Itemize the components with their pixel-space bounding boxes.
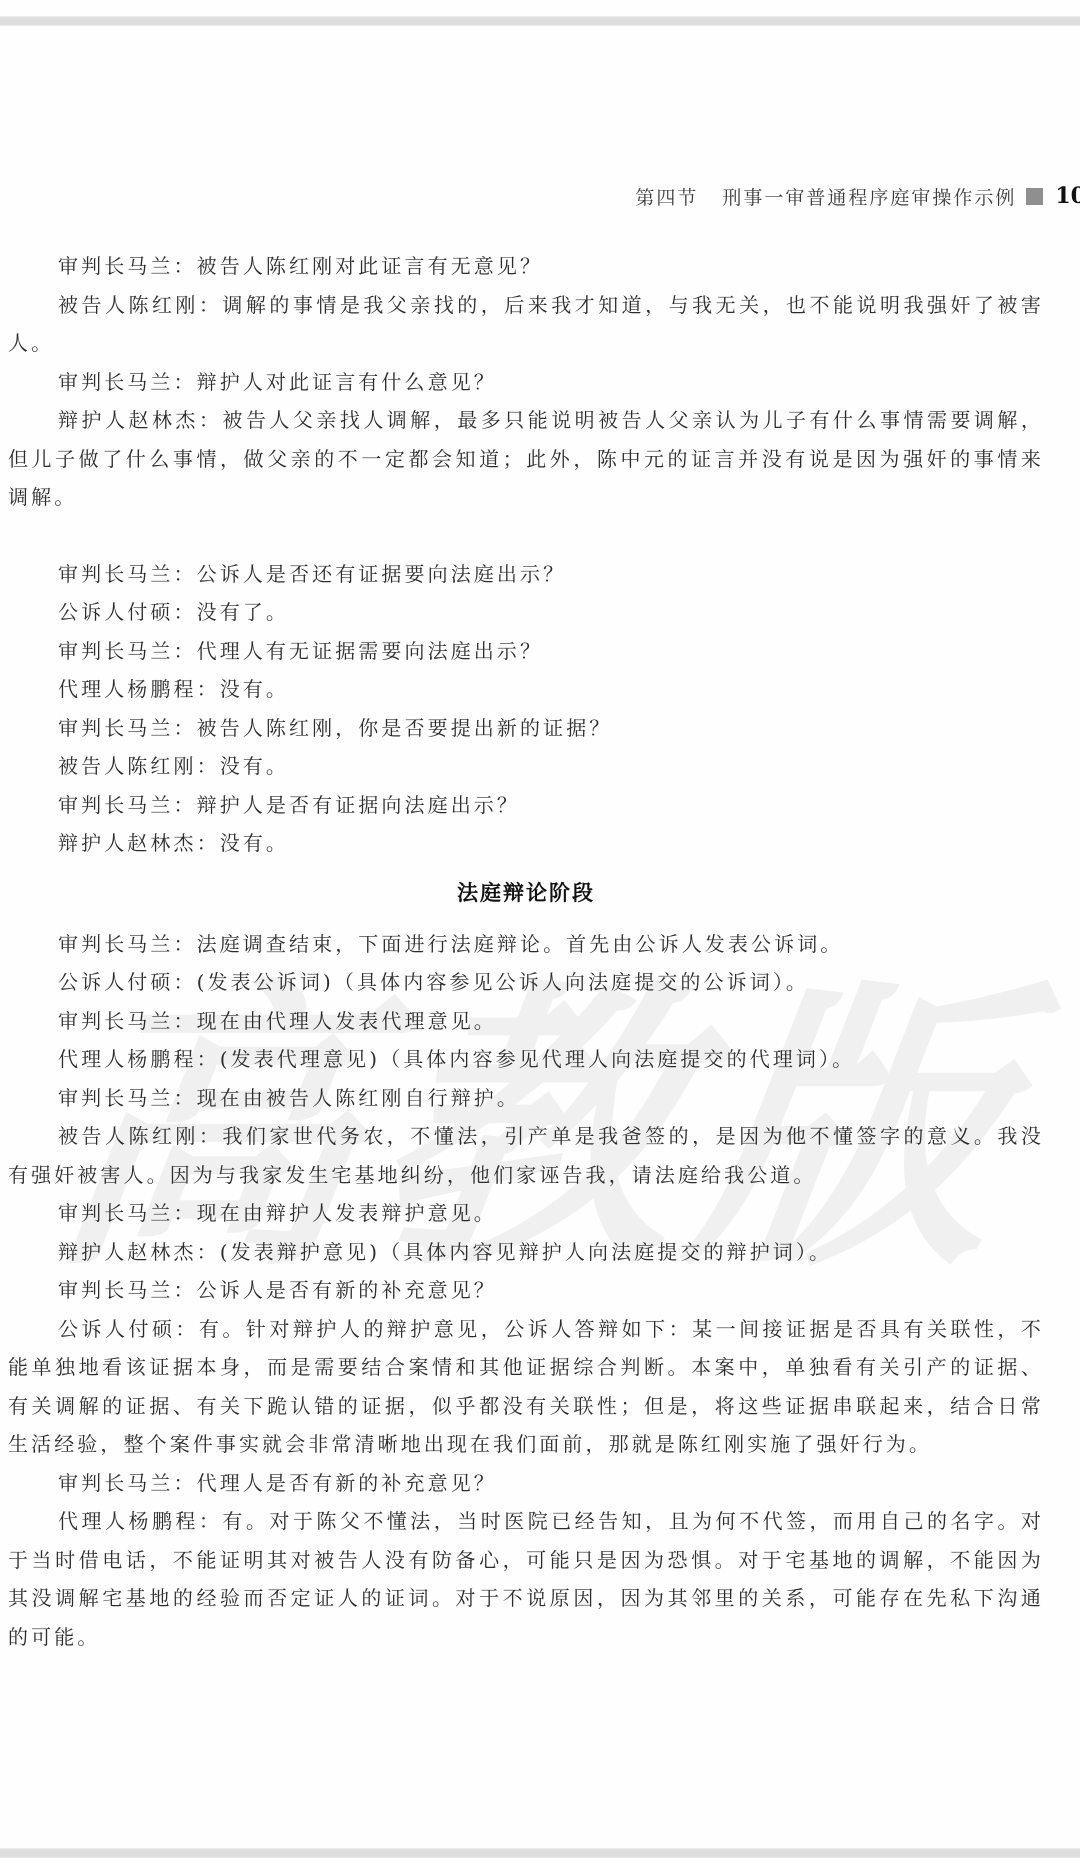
dialogue-line: 被告人陈红刚：调解的事情是我父亲找的，后来我才知道，与我无关，也不能说明我强奸了… <box>8 286 1044 363</box>
dialogue-line: 审判长马兰：被告人陈红刚对此证言有无意见？ <box>8 247 1044 286</box>
dialogue-block-evidence-opinions: 审判长马兰：被告人陈红刚对此证言有无意见？ 被告人陈红刚：调解的事情是我父亲找的… <box>8 247 1044 517</box>
utterance: 辩护人是否有证据向法庭出示？ <box>197 793 520 817</box>
running-header: 第四节 刑事一审普通程序庭审操作示例 10 <box>635 180 1080 212</box>
dialogue-line: 被告人陈红刚：我们家世代务农，不懂法，引产单是我爸签的，是因为他不懂签字的意义。… <box>8 1117 1044 1194</box>
page-number: 10 <box>1055 183 1080 209</box>
speaker: 被告人陈红刚： <box>58 754 220 778</box>
dialogue-line: 审判长马兰：现在由被告人陈红刚自行辩护。 <box>8 1079 1044 1118</box>
dialogue-line: 审判长马兰：现在由辩护人发表辩护意见。 <box>8 1194 1044 1233</box>
speaker: 被告人陈红刚： <box>58 1124 222 1148</box>
speaker: 公诉人付硕： <box>58 600 197 624</box>
dialogue-block-court-debate: 审判长马兰：法庭调查结束，下面进行法庭辩论。首先由公诉人发表公诉词。 公诉人付硕… <box>8 925 1044 1657</box>
utterance: 法庭调查结束，下面进行法庭辩论。首先由公诉人发表公诉词。 <box>197 932 844 956</box>
page-bottom-edge <box>0 1848 1080 1858</box>
dialogue-line: 辩护人赵林杰：没有。 <box>8 824 1044 863</box>
dialogue-line: 公诉人付硕：(发表公诉词)（具体内容参见公诉人向法庭提交的公诉词）。 <box>8 963 1044 1002</box>
speaker: 辩护人赵林杰： <box>58 1240 220 1264</box>
utterance: 被告人陈红刚对此证言有无意见？ <box>197 254 544 278</box>
utterance: 没有。 <box>220 754 289 778</box>
utterance: 没有。 <box>220 831 289 855</box>
dialogue-line: 审判长马兰：代理人有无证据需要向法庭出示？ <box>8 632 1044 671</box>
dialogue-line: 审判长马兰：公诉人是否有新的补充意见？ <box>8 1271 1044 1310</box>
speaker: 代理人杨鹏程： <box>58 1047 220 1071</box>
utterance: 现在由被告人陈红刚自行辩护。 <box>197 1086 520 1110</box>
dialogue-line: 代理人杨鹏程：有。对于陈父不懂法，当时医院已经告知，且为何不代签，而用自己的名字… <box>8 1502 1044 1656</box>
section-heading: 法庭辩论阶段 <box>8 873 1044 913</box>
utterance: 代理人是否有新的补充意见？ <box>197 1471 497 1495</box>
utterance: 被告人陈红刚，你是否要提出新的证据？ <box>197 716 613 740</box>
dialogue-line: 审判长马兰：法庭调查结束，下面进行法庭辩论。首先由公诉人发表公诉词。 <box>8 925 1044 964</box>
speaker: 审判长马兰： <box>58 370 197 394</box>
speaker: 审判长马兰： <box>58 1086 197 1110</box>
dialogue-line: 公诉人付硕：有。针对辩护人的辩护意见，公诉人答辩如下：某一间接证据是否具有关联性… <box>8 1310 1044 1464</box>
header-chapter-title: 刑事一审普通程序庭审操作示例 <box>722 183 1016 210</box>
dialogue-line: 审判长马兰：公诉人是否还有证据要向法庭出示？ <box>8 555 1044 594</box>
speaker: 辩护人赵林杰： <box>58 831 220 855</box>
dialogue-line: 审判长马兰：辩护人对此证言有什么意见？ <box>8 363 1044 402</box>
dialogue-line: 代理人杨鹏程：(发表代理意见)（具体内容参见代理人向法庭提交的代理词）。 <box>8 1040 1044 1079</box>
dialogue-line: 审判长马兰：现在由代理人发表代理意见。 <box>8 1002 1044 1041</box>
dialogue-line: 审判长马兰：被告人陈红刚，你是否要提出新的证据？ <box>8 709 1044 748</box>
speaker: 辩护人赵林杰： <box>58 408 222 432</box>
speaker: 代理人杨鹏程： <box>58 677 220 701</box>
header-section-number: 第四节 <box>635 183 698 210</box>
utterance: 代理人有无证据需要向法庭出示？ <box>197 639 544 663</box>
dialogue-line: 辩护人赵林杰：(发表辩护意见)（具体内容见辩护人向法庭提交的辩护词）。 <box>8 1233 1044 1272</box>
speaker: 代理人杨鹏程： <box>58 1509 222 1533</box>
speaker: 公诉人付硕： <box>58 970 197 994</box>
dialogue-line: 审判长马兰：辩护人是否有证据向法庭出示？ <box>8 786 1044 825</box>
dialogue-line: 代理人杨鹏程：没有。 <box>8 670 1044 709</box>
utterance: 公诉人是否还有证据要向法庭出示？ <box>197 562 567 586</box>
speaker: 审判长马兰： <box>58 793 197 817</box>
page-top-edge <box>0 16 1080 26</box>
speaker: 审判长马兰： <box>58 639 197 663</box>
utterance: (发表辩护意见)（具体内容见辩护人向法庭提交的辩护词）。 <box>220 1240 832 1264</box>
utterance: 现在由辩护人发表辩护意见。 <box>197 1201 497 1225</box>
utterance: 公诉人是否有新的补充意见？ <box>197 1278 497 1302</box>
utterance: 现在由代理人发表代理意见。 <box>197 1009 497 1033</box>
speaker: 审判长马兰： <box>58 1201 197 1225</box>
utterance: 没有。 <box>220 677 289 701</box>
utterance: 没有了。 <box>197 600 289 624</box>
dialogue-block-new-evidence: 审判长马兰：公诉人是否还有证据要向法庭出示？ 公诉人付硕：没有了。 审判长马兰：… <box>8 555 1044 863</box>
speaker: 公诉人付硕： <box>58 1317 199 1341</box>
dialogue-line: 被告人陈红刚：没有。 <box>8 747 1044 786</box>
dialogue-line: 审判长马兰：代理人是否有新的补充意见？ <box>8 1464 1044 1503</box>
utterance: (发表代理意见)（具体内容参见代理人向法庭提交的代理词）。 <box>220 1047 856 1071</box>
speaker: 审判长马兰： <box>58 716 197 740</box>
page-body: 审判长马兰：被告人陈红刚对此证言有无意见？ 被告人陈红刚：调解的事情是我父亲找的… <box>8 247 1044 1656</box>
speaker: 审判长马兰： <box>58 562 197 586</box>
speaker: 审判长马兰： <box>58 254 197 278</box>
speaker: 审判长马兰： <box>58 932 197 956</box>
speaker: 审判长马兰： <box>58 1009 197 1033</box>
square-marker-icon <box>1026 188 1043 205</box>
utterance: (发表公诉词)（具体内容参见公诉人向法庭提交的公诉词）。 <box>197 970 809 994</box>
speaker: 被告人陈红刚： <box>58 293 222 317</box>
speaker: 审判长马兰： <box>58 1471 197 1495</box>
speaker: 审判长马兰： <box>58 1278 197 1302</box>
utterance: 辩护人对此证言有什么意见？ <box>197 370 497 394</box>
dialogue-line: 公诉人付硕：没有了。 <box>8 593 1044 632</box>
paragraph-gap <box>8 517 1044 555</box>
dialogue-line: 辩护人赵林杰：被告人父亲找人调解，最多只能说明被告人父亲认为儿子有什么事情需要调… <box>8 401 1044 517</box>
